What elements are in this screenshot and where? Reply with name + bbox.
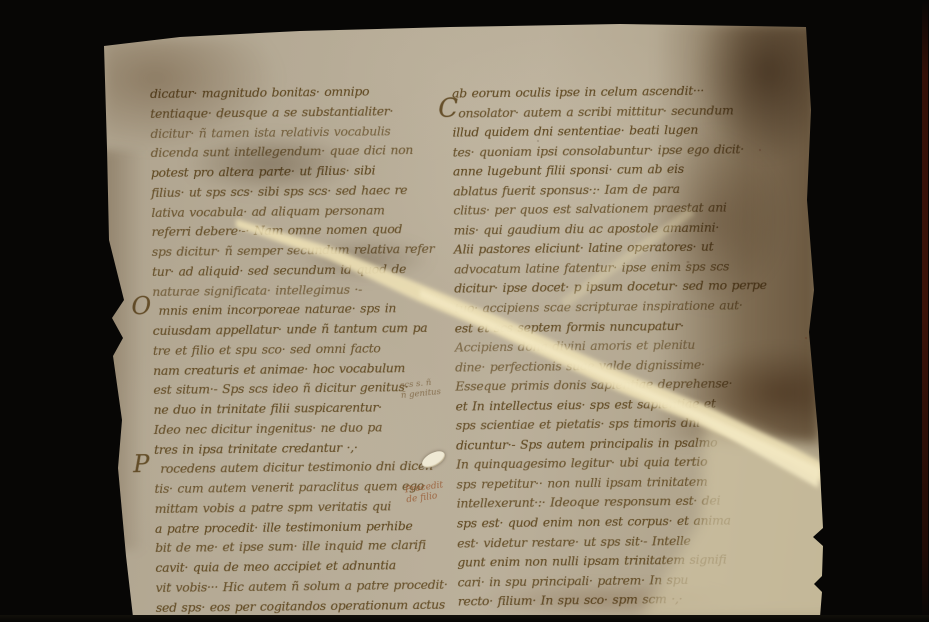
decorated-initial: O — [131, 297, 151, 317]
parchment-leaf: dicatur· magnitudo bonitas· omnipotentia… — [0, 0, 929, 622]
manuscript-photograph: dicatur· magnitudo bonitas· omnipotentia… — [0, 0, 929, 622]
text-line-right: recto· filium· In spu sco· spm scm ·,· — [458, 588, 758, 611]
slide-film-edge — [922, 0, 928, 622]
text-line-left: sed sps· eos per cogitandos operationum … — [156, 594, 458, 617]
text-column-right: ab eorum oculis ipse in celum ascendit··… — [452, 80, 758, 611]
decorated-initial: C — [438, 99, 458, 119]
marginal-gloss-non-genitus: scs s. ññ genitus — [400, 377, 442, 401]
decorated-initial: P — [133, 455, 149, 475]
text-column-left: dicatur· magnitudo bonitas· omnipotentia… — [150, 81, 458, 618]
slide-bottom-edge — [0, 615, 929, 622]
text-area: dicatur· magnitudo bonitas· omnipotentia… — [0, 0, 929, 622]
